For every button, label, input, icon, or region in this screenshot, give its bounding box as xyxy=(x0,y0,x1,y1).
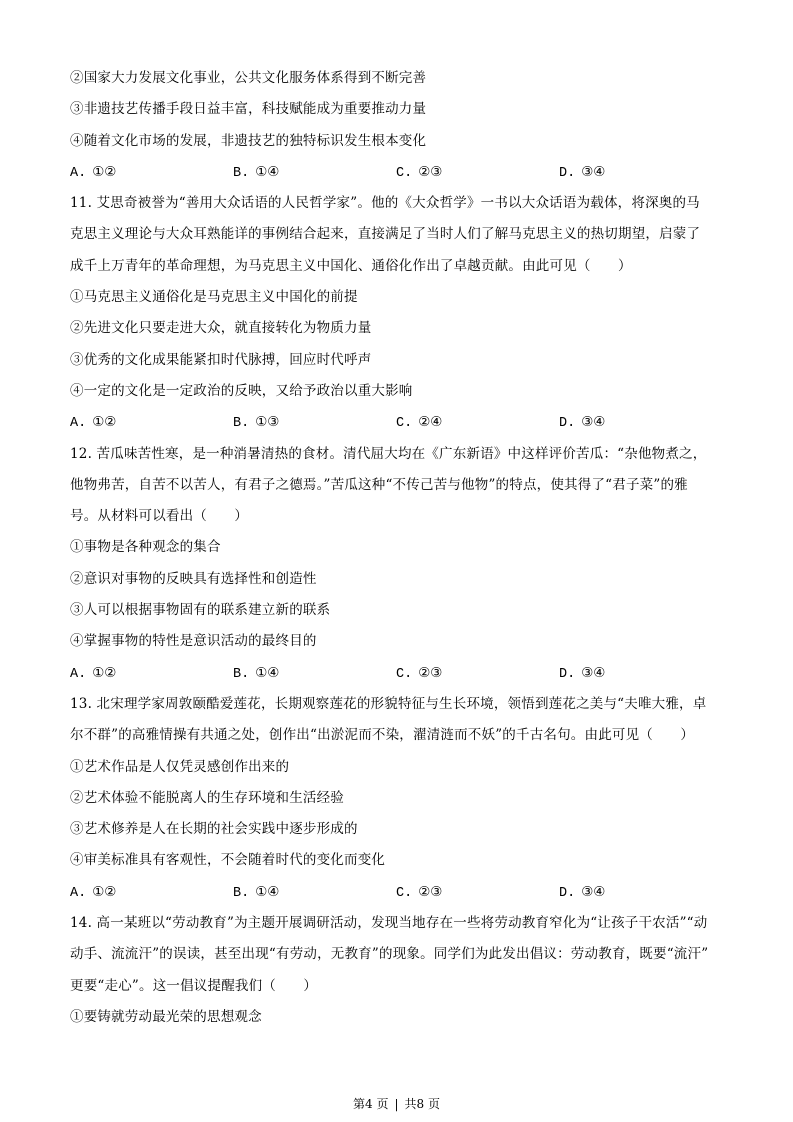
statement: ③优秀的文化成果能紧扣时代脉搏，回应时代呼声 xyxy=(70,345,730,376)
option-d: D.③④ xyxy=(559,658,722,689)
question-stem: 他物弗苦，自苦不以苦人，有君子之德焉。”苦瓜这种“不传己苦与他物”的特点，使其得… xyxy=(70,470,730,501)
option-b: B.①③ xyxy=(233,407,396,438)
option-b: B.①④ xyxy=(233,157,396,188)
current-page-label: 第4 页 xyxy=(353,1097,388,1111)
statement: ③人可以根据事物固有的联系建立新的联系 xyxy=(70,595,730,626)
option-c: C.②③ xyxy=(396,658,559,689)
statement: ①马克思主义通俗化是马克思主义中国化的前提 xyxy=(70,282,730,313)
question-stem: 号。从材料可以看出（ ） xyxy=(70,501,730,532)
statement: ①事物是各种观念的集合 xyxy=(70,532,730,563)
answer-options: A.①② B.①④ C.②③ D.③④ xyxy=(70,157,730,188)
option-d: D.③④ xyxy=(559,407,722,438)
statement: ①艺术作品是人仅凭灵感创作出来的 xyxy=(70,752,730,783)
statement: ④一定的文化是一定政治的反映，又给予政治以重大影响 xyxy=(70,376,730,407)
option-c: C.②③ xyxy=(396,157,559,188)
option-a: A.①② xyxy=(70,407,233,438)
statement: ②先进文化只要走进大众，就直接转化为物质力量 xyxy=(70,313,730,344)
question-stem: 动手、流流汗”的误读，甚至出现“有劳动，无教育”的现象。同学们为此发出倡议：劳动… xyxy=(70,939,730,970)
statement: ②意识对事物的反映具有选择性和创造性 xyxy=(70,564,730,595)
question-12: 12. 苦瓜味苦性寒，是一种消暑清热的食材。清代屈大均在《广东新语》中这样评价苦… xyxy=(70,439,730,689)
question-stem: 12. 苦瓜味苦性寒，是一种消暑清热的食材。清代屈大均在《广东新语》中这样评价苦… xyxy=(70,439,730,470)
answer-options: A.①② B.①③ C.②④ D.③④ xyxy=(70,407,730,438)
total-pages-label: 共8 页 xyxy=(405,1097,440,1111)
option-c: C.②③ xyxy=(396,877,559,908)
statement: ④掌握事物的特性是意识活动的最终目的 xyxy=(70,626,730,657)
option-a: A.①② xyxy=(70,157,233,188)
statement: ①要铸就劳动最光荣的思想观念 xyxy=(70,1002,730,1033)
option-d: D.③④ xyxy=(559,157,722,188)
statement: ④审美标准具有客观性，不会随着时代的变化而变化 xyxy=(70,845,730,876)
statement: ③艺术修养是人在长期的社会实践中逐步形成的 xyxy=(70,814,730,845)
option-c: C.②④ xyxy=(396,407,559,438)
answer-options: A.①② B.①④ C.②③ D.③④ xyxy=(70,877,730,908)
option-b: B.①④ xyxy=(233,877,396,908)
option-d: D.③④ xyxy=(559,877,722,908)
page-footer: 第4 页|共8 页 xyxy=(0,1095,793,1112)
question-13: 13. 北宋理学家周敦颐酷爱莲花，长期观察莲花的形貌特征与生长环境，领悟到莲花之… xyxy=(70,689,730,908)
statement: ②国家大力发展文化事业，公共文化服务体系得到不断完善 xyxy=(70,63,730,94)
option-a: A.①② xyxy=(70,658,233,689)
statement: ④随着文化市场的发展，非遗技艺的独特标识发生根本变化 xyxy=(70,126,730,157)
statement: ③非遗技艺传播手段日益丰富，科技赋能成为重要推动力量 xyxy=(70,94,730,125)
question-11: 11. 艾思奇被誉为“善用大众话语的人民哲学家”。他的《大众哲学》一书以大众话语… xyxy=(70,188,730,438)
statement: ②艺术体验不能脱离人的生存环境和生活经验 xyxy=(70,783,730,814)
question-14: 14. 高一某班以“劳动教育”为主题开展调研活动，发现当地存在一些将劳动教育窄化… xyxy=(70,908,730,1033)
question-10-continued: ②国家大力发展文化事业，公共文化服务体系得到不断完善 ③非遗技艺传播手段日益丰富… xyxy=(70,63,730,188)
answer-options: A.①② B.①④ C.②③ D.③④ xyxy=(70,658,730,689)
question-stem: 13. 北宋理学家周敦颐酷爱莲花，长期观察莲花的形貌特征与生长环境，领悟到莲花之… xyxy=(70,689,730,720)
question-stem: 克思主义理论与大众耳熟能详的事例结合起来，直接满足了当时人们了解马克思主义的热切… xyxy=(70,219,730,250)
question-stem: 尔不群”的高雅情操有共通之处，创作出“出淤泥而不染，濯清涟而不妖”的千古名句。由… xyxy=(70,720,730,751)
question-stem: 14. 高一某班以“劳动教育”为主题开展调研活动，发现当地存在一些将劳动教育窄化… xyxy=(70,908,730,939)
question-stem: 11. 艾思奇被誉为“善用大众话语的人民哲学家”。他的《大众哲学》一书以大众话语… xyxy=(70,188,730,219)
option-a: A.①② xyxy=(70,877,233,908)
option-b: B.①④ xyxy=(233,658,396,689)
question-stem: 成千上万青年的革命理想，为马克思主义中国化、通俗化作出了卓越贡献。由此可见（ ） xyxy=(70,251,730,282)
footer-separator: | xyxy=(394,1097,398,1111)
exam-page-content: ②国家大力发展文化事业，公共文化服务体系得到不断完善 ③非遗技艺传播手段日益丰富… xyxy=(70,63,730,1033)
question-stem: 更要“走心”。这一倡议提醒我们（ ） xyxy=(70,971,730,1002)
